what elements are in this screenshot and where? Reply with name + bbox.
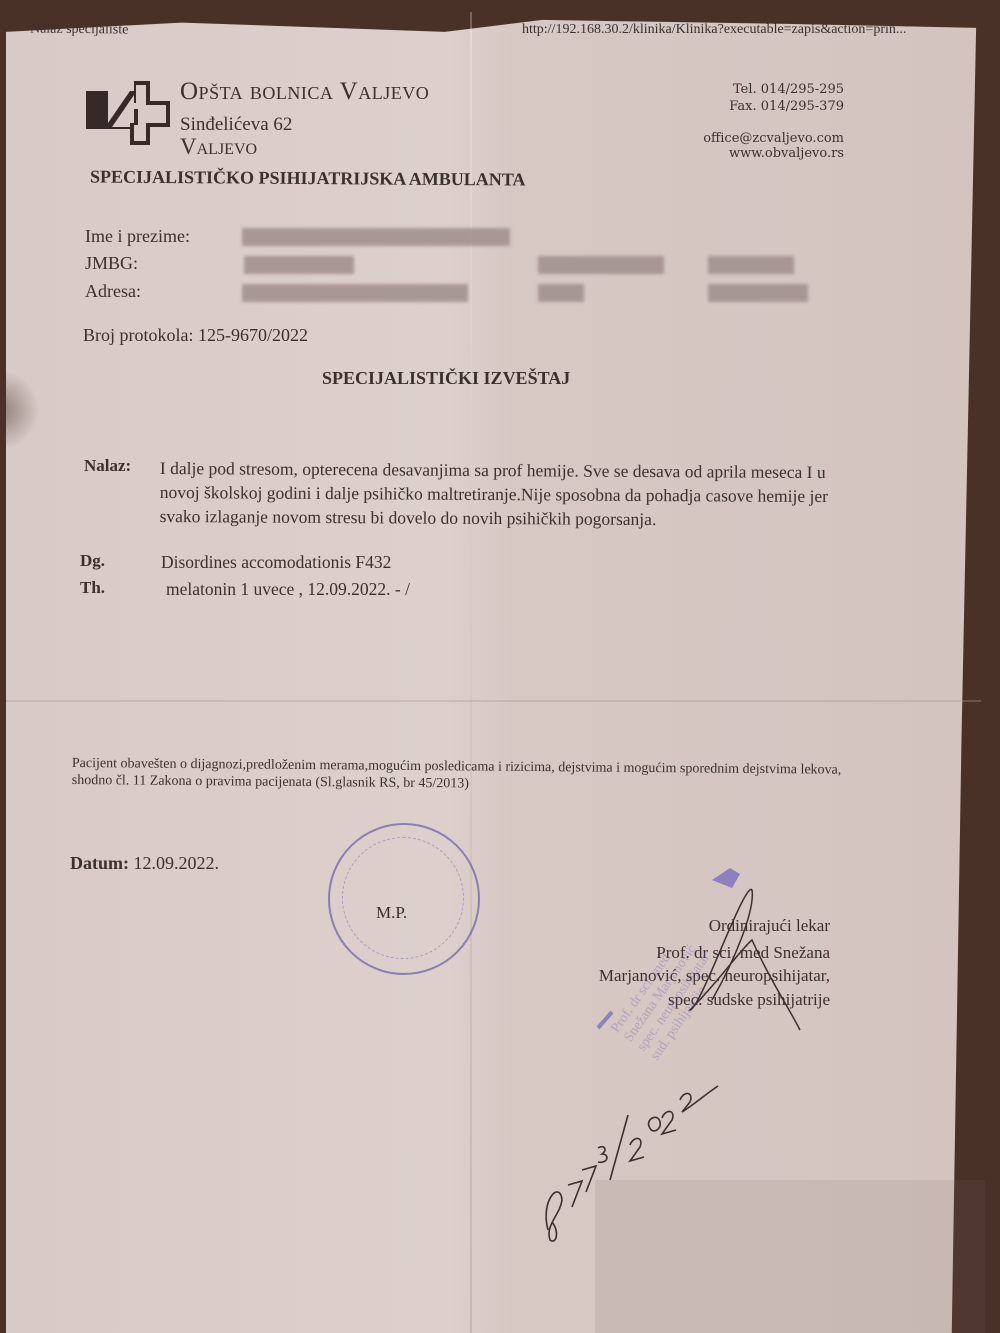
doctor-role: Ordinirajući lekar <box>709 916 830 936</box>
hospital-name: Opšta bolnica Valjevo <box>180 78 429 106</box>
protocol-number: Broj protokola: 125-9670/2022 <box>83 325 308 346</box>
date-value: 12.09.2022. <box>134 853 220 873</box>
date-field: Datum: 12.09.2022. <box>70 853 219 874</box>
therapy-text: melatonin 1 uvece , 12.09.2022. - / <box>166 579 410 600</box>
doctor-name-cont: Marjanović, spec. neuropsihijatar, <box>599 966 830 986</box>
patient-name-label: Ime i prezime: <box>85 226 190 247</box>
doctor-specialty: spec. sudske psihijatrije <box>668 990 830 1010</box>
official-stamp-icon <box>328 823 480 975</box>
diagnosis-label: Dg. <box>80 551 105 571</box>
therapy-label: Th. <box>80 578 105 598</box>
doctor-name: Prof. dr sci. med Snežana <box>656 943 830 963</box>
patient-jmbg-label: JMBG: <box>85 253 138 274</box>
stamp-label: M.P. <box>376 903 407 923</box>
patient-jmbg-redacted-2 <box>538 256 664 274</box>
diagnosis-text: Disordines accomodationis F432 <box>161 552 391 573</box>
department-name: SPECIJALISTIČKO PSIHIJATRIJSKA AMBULANTA <box>90 166 526 190</box>
patient-jmbg-redacted-3 <box>708 256 794 274</box>
hospital-city: Valjevo <box>180 134 257 160</box>
stamp-inner-ring <box>342 837 464 959</box>
paper-fold-horizontal <box>6 700 981 702</box>
contact-email: office@zcvaljevo.com <box>703 131 844 146</box>
contact-fax: Fax. 014/295-379 <box>729 99 844 114</box>
paper-shade <box>595 1180 985 1333</box>
patient-address-redacted <box>242 284 468 302</box>
contact-web: www.obvaljevo.rs <box>729 146 844 161</box>
patient-jmbg-redacted <box>244 256 354 274</box>
date-label: Datum: <box>70 853 129 873</box>
patient-name-redacted <box>242 228 510 246</box>
patient-address-redacted-3 <box>708 284 808 302</box>
finger-shadow <box>0 370 40 450</box>
contact-tel: Tel. 014/295-295 <box>733 82 844 97</box>
print-header-url: http://192.168.30.2/klinika/Klinika?exec… <box>522 22 906 38</box>
hospital-street: Sinđelićeva 62 <box>180 114 292 136</box>
findings-label: Nalaz: <box>84 456 131 476</box>
report-title: SPECIJALISTIČKI IZVEŠTAJ <box>322 368 570 389</box>
document-paper <box>6 12 981 1333</box>
hospital-logo-icon <box>86 81 170 145</box>
findings-text: I dalje pod stresom, opterecena desavanj… <box>160 456 850 532</box>
patient-notice: Pacijent obavešten o dijagnozi,predložen… <box>72 755 842 796</box>
print-header-title: Nalaz specijaliste <box>30 21 129 38</box>
patient-address-redacted-2 <box>538 284 584 302</box>
patient-address-label: Adresa: <box>85 281 141 302</box>
paper-fold-vertical <box>470 12 472 1333</box>
